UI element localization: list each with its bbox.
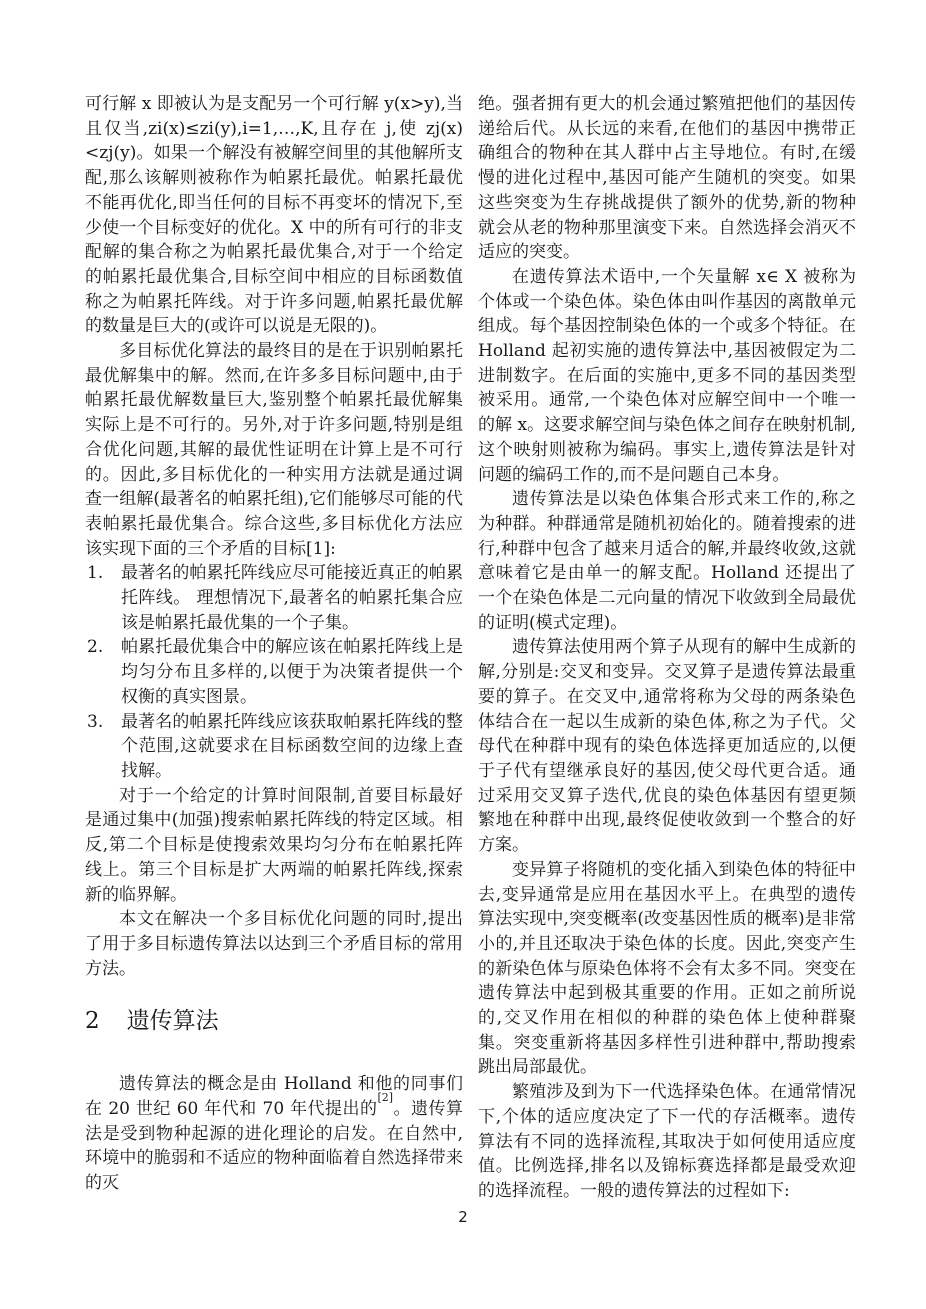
list-item-number: 1.: [87, 561, 103, 586]
list-item-number: 3.: [87, 710, 103, 735]
paragraph-natural-selection: 绝。强者拥有更大的机会通过繁殖把他们的基因传递给后代。从长远的来看,在他们的基因…: [478, 92, 856, 265]
paragraph-moo-goal: 多目标优化算法的最终目的是在于识别帕累托最优解集中的解。然而,在许多多目标问题中…: [85, 339, 463, 561]
section-number: 2: [85, 1008, 100, 1034]
paragraph-reproduction: 繁殖涉及到为下一代选择染色体。在通常情况下,个体的适应度决定了下一代的存活概率。…: [478, 1080, 856, 1204]
list-item-text: 最著名的帕累托阵线应尽可能接近真正的帕累托阵线。 理想情况下,最著名的帕累托集合…: [121, 563, 463, 632]
citation-ref: [2]: [377, 1091, 393, 1104]
paragraph-mutation: 变异算子将随机的变化插入到染色体的特征中去,变异通常是应用在基因水平上。在典型的…: [478, 858, 856, 1080]
paragraph-time-limit: 对于一个给定的计算时间限制,首要目标最好是通过集中(加强)搜索帕累托阵线的特定区…: [85, 784, 463, 908]
page-number: 2: [0, 1208, 926, 1226]
list-item-text: 帕累托最优集合中的解应该在帕累托阵线上是均匀分布且多样的,以便于为决策者提供一个…: [121, 637, 463, 706]
paragraph-chromosome-terms: 在遗传算法术语中,一个矢量解 x∈ X 被称为个体或一个染色体。染色体由叫作基因…: [478, 265, 856, 487]
list-item-number: 2.: [87, 635, 103, 660]
left-column: 可行解 x 即被认为是支配另一个可行解 y(x>y),当且仅当,zi(x)≤zi…: [85, 92, 463, 1196]
paragraph-ga-origin: 遗传算法的概念是由 Holland 和他的同事们在 20 世纪 60 年代和 7…: [85, 1072, 463, 1196]
list-item: 3. 最著名的帕累托阵线应该获取帕累托阵线的整个范围,这就要求在目标函数空间的边…: [85, 710, 463, 784]
list-item: 1. 最著名的帕累托阵线应尽可能接近真正的帕累托阵线。 理想情况下,最著名的帕累…: [85, 561, 463, 635]
objectives-list: 1. 最著名的帕累托阵线应尽可能接近真正的帕累托阵线。 理想情况下,最著名的帕累…: [85, 561, 463, 783]
section-title: 遗传算法: [127, 1008, 219, 1034]
paragraph-pareto-definition: 可行解 x 即被认为是支配另一个可行解 y(x>y),当且仅当,zi(x)≤zi…: [85, 92, 463, 339]
right-column: 绝。强者拥有更大的机会通过繁殖把他们的基因传递给后代。从长远的来看,在他们的基因…: [478, 92, 856, 1204]
paragraph-crossover: 遗传算法使用两个算子从现有的解中生成新的解,分别是:交叉和变异。交叉算子是遗传算…: [478, 635, 856, 857]
section-heading: 2遗传算法: [85, 1006, 463, 1036]
paragraph-paper-contribution: 本文在解决一个多目标优化问题的同时,提出了用于多目标遗传算法以达到三个矛盾目标的…: [85, 907, 463, 981]
list-item-text: 最著名的帕累托阵线应该获取帕累托阵线的整个范围,这就要求在目标函数空间的边缘上查…: [121, 712, 463, 781]
paragraph-population: 遗传算法是以染色体集合形式来工作的,称之为种群。种群通常是随机初始化的。随着搜索…: [478, 487, 856, 635]
list-item: 2. 帕累托最优集合中的解应该在帕累托阵线上是均匀分布且多样的,以便于为决策者提…: [85, 635, 463, 709]
